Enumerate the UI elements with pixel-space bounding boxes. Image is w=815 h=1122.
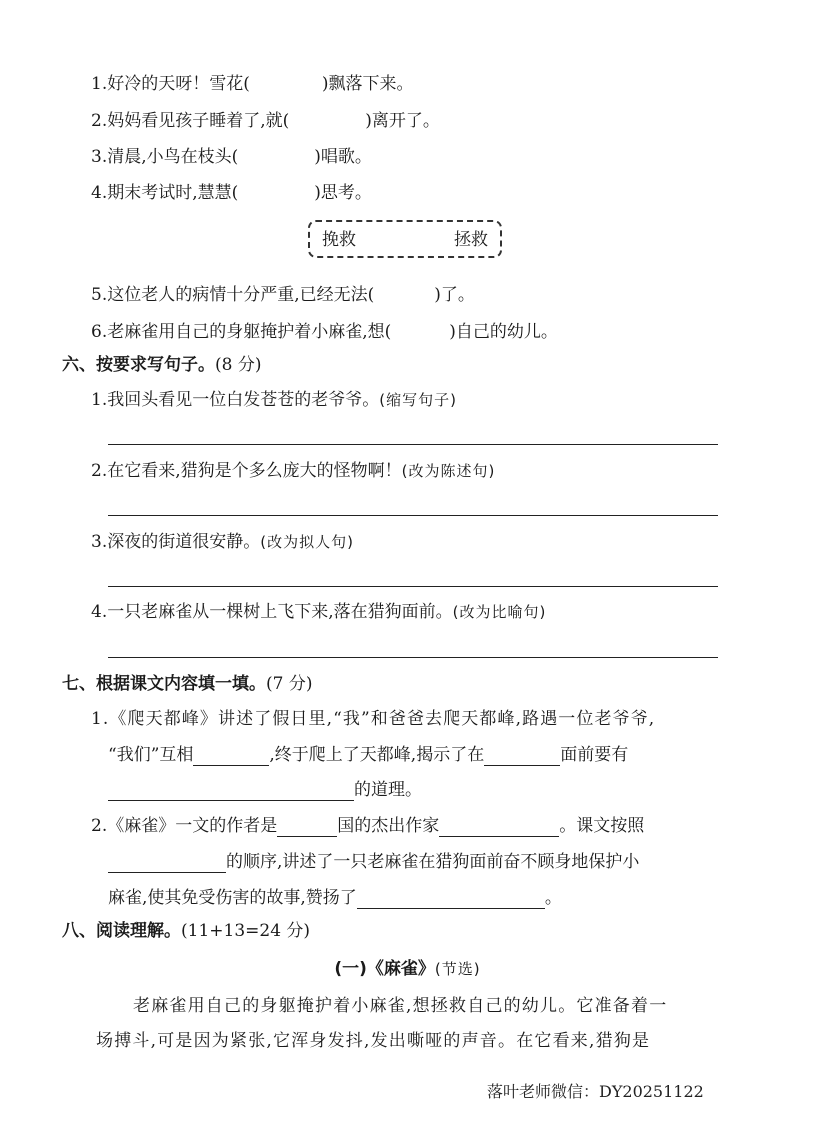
fill-blank[interactable] xyxy=(193,747,269,766)
fill-item-2: 2.妈妈看见孩子睡着了,就()离开了。 xyxy=(91,110,440,132)
q7-1-line2: “我们”互相,终于爬上了天都峰,揭示了在面前要有 xyxy=(108,744,628,766)
word-option-left: 挽救 xyxy=(322,230,356,250)
fill-item-4: 4.期末考试时,慧慧()思考。 xyxy=(91,182,372,204)
answer-line-4[interactable] xyxy=(108,657,718,658)
answer-line-1[interactable] xyxy=(108,444,718,445)
section-7-heading: 七、根据课文内容填一填。(7 分) xyxy=(62,673,312,695)
item-text-after: )自己的幼儿。 xyxy=(449,322,558,342)
q7-1-line1: 1.《爬天都峰》讲述了假日里,“我”和爸爸去爬天都峰,路遇一位老爷爷, xyxy=(91,708,655,730)
q7-2-text-a: 2.《麻雀》一文的作者是 xyxy=(91,816,277,836)
fill-blank[interactable] xyxy=(277,818,337,837)
item-text: 我回头看见一位白发苍苍的老爷爷。 xyxy=(107,390,379,410)
item-number: 2. xyxy=(91,111,107,131)
rewrite-item-1: 1.我回头看见一位白发苍苍的老爷爷。(缩写句子) xyxy=(91,389,457,411)
section-title: 六、按要求写句子。 xyxy=(62,355,215,375)
item-number: 2. xyxy=(91,461,107,481)
item-hint: (改为陈述句) xyxy=(402,462,496,480)
item-number: 1. xyxy=(91,390,107,410)
q7-2-text-end: 。 xyxy=(545,888,562,908)
section-score: (7 分) xyxy=(266,674,312,694)
section-score: (8 分) xyxy=(215,355,261,375)
q7-1-text-end: 的道理。 xyxy=(354,780,422,800)
item-hint: (缩写句子) xyxy=(379,391,457,409)
fill-blank[interactable] xyxy=(439,818,559,837)
item-hint: (改为拟人句) xyxy=(260,533,354,551)
section-6-heading: 六、按要求写句子。(8 分) xyxy=(62,354,261,376)
fill-blank[interactable] xyxy=(108,854,226,873)
item-number: 6. xyxy=(91,322,107,342)
q7-2-line3: 麻雀,使其免受伤害的故事,赞扬了。 xyxy=(108,887,562,909)
section-title: 八、阅读理解。 xyxy=(62,921,181,941)
q7-2-line2: 的顺序,讲述了一只老麻雀在猎狗面前奋不顾身地保护小 xyxy=(108,851,639,873)
fill-item-5: 5.这位老人的病情十分严重,已经无法()了。 xyxy=(91,284,475,306)
item-text-before: 好冷的天呀！雪花( xyxy=(107,74,250,94)
q7-1-text: 1.《爬天都峰》讲述了假日里,“我”和爸爸去爬天都峰,路遇一位老爷爷, xyxy=(91,709,655,729)
passage-title-note: (节选) xyxy=(435,960,481,978)
q7-2-text-b: 国的杰出作家 xyxy=(337,816,439,836)
q7-2-line1: 2.《麻雀》一文的作者是国的杰出作家。课文按照 xyxy=(91,815,644,837)
item-number: 4. xyxy=(91,602,107,622)
item-hint: (改为比喻句) xyxy=(453,603,547,621)
item-text-after: )唱歌。 xyxy=(314,147,372,167)
q7-2-text-mid: 的顺序,讲述了一只老麻雀在猎狗面前奋不顾身地保护小 xyxy=(226,852,639,872)
fill-blank[interactable] xyxy=(108,782,354,801)
answer-line-2[interactable] xyxy=(108,515,718,516)
fill-item-3: 3.清晨,小鸟在枝头()唱歌。 xyxy=(91,146,372,168)
q7-1-text-c: 面前要有 xyxy=(560,745,628,765)
item-text-before: 期末考试时,慧慧( xyxy=(107,183,238,203)
word-choice-box: 挽救 拯救 xyxy=(308,220,502,258)
q7-2-text-d: 麻雀,使其免受伤害的故事,赞扬了 xyxy=(108,888,357,908)
q7-1-text-a: “我们”互相 xyxy=(108,745,193,765)
fill-item-1: 1.好冷的天呀！雪花()飘落下来。 xyxy=(91,73,414,95)
item-text: 深夜的街道很安静。 xyxy=(107,532,260,552)
fill-blank[interactable] xyxy=(357,890,545,909)
item-text-before: 妈妈看见孩子睡着了,就( xyxy=(107,111,289,131)
passage-line-1: 老麻雀用自己的身躯掩护着小麻雀,想拯救自己的幼儿。它准备着一 xyxy=(133,995,667,1017)
rewrite-item-4: 4.一只老麻雀从一棵树上飞下来,落在猎狗面前。(改为比喻句) xyxy=(91,601,546,623)
rewrite-item-3: 3.深夜的街道很安静。(改为拟人句) xyxy=(91,531,354,553)
item-text-after: )了。 xyxy=(434,285,475,305)
section-score: (11+13=24 分) xyxy=(181,921,310,941)
item-text-after: )离开了。 xyxy=(365,111,440,131)
q7-1-text-b: ,终于爬上了天都峰,揭示了在 xyxy=(269,745,484,765)
item-text-before: 老麻雀用自己的身躯掩护着小麻雀,想( xyxy=(107,322,391,342)
item-number: 5. xyxy=(91,285,107,305)
item-number: 3. xyxy=(91,147,107,167)
item-text-before: 清晨,小鸟在枝头( xyxy=(107,147,238,167)
item-text: 在它看来,猎狗是个多么庞大的怪物啊！ xyxy=(107,461,401,481)
item-text-before: 这位老人的病情十分严重,已经无法( xyxy=(107,285,374,305)
fill-blank[interactable] xyxy=(484,747,560,766)
item-text-after: )思考。 xyxy=(314,183,372,203)
word-option-right: 拯救 xyxy=(454,230,488,250)
answer-line-3[interactable] xyxy=(108,586,718,587)
item-number: 3. xyxy=(91,532,107,552)
item-text: 一只老麻雀从一棵树上飞下来,落在猎狗面前。 xyxy=(107,602,452,622)
passage-title-main: (一)《麻雀》 xyxy=(334,959,435,979)
q7-1-line3: 的道理。 xyxy=(108,779,422,801)
watermark-text: 落叶老师微信：DY20251122 xyxy=(487,1082,704,1102)
item-text-after: )飘落下来。 xyxy=(322,74,414,94)
rewrite-item-2: 2.在它看来,猎狗是个多么庞大的怪物啊！(改为陈述句) xyxy=(91,460,495,482)
passage-title: (一)《麻雀》(节选) xyxy=(0,958,815,980)
item-number: 1. xyxy=(91,74,107,94)
q7-2-text-c: 。课文按照 xyxy=(559,816,644,836)
section-8-heading: 八、阅读理解。(11+13=24 分) xyxy=(62,920,310,942)
passage-line-2: 场搏斗,可是因为紧张,它浑身发抖,发出嘶哑的声音。在它看来,猎狗是 xyxy=(96,1030,650,1052)
item-number: 4. xyxy=(91,183,107,203)
fill-item-6: 6.老麻雀用自己的身躯掩护着小麻雀,想()自己的幼儿。 xyxy=(91,321,558,343)
section-title: 七、根据课文内容填一填。 xyxy=(62,674,266,694)
